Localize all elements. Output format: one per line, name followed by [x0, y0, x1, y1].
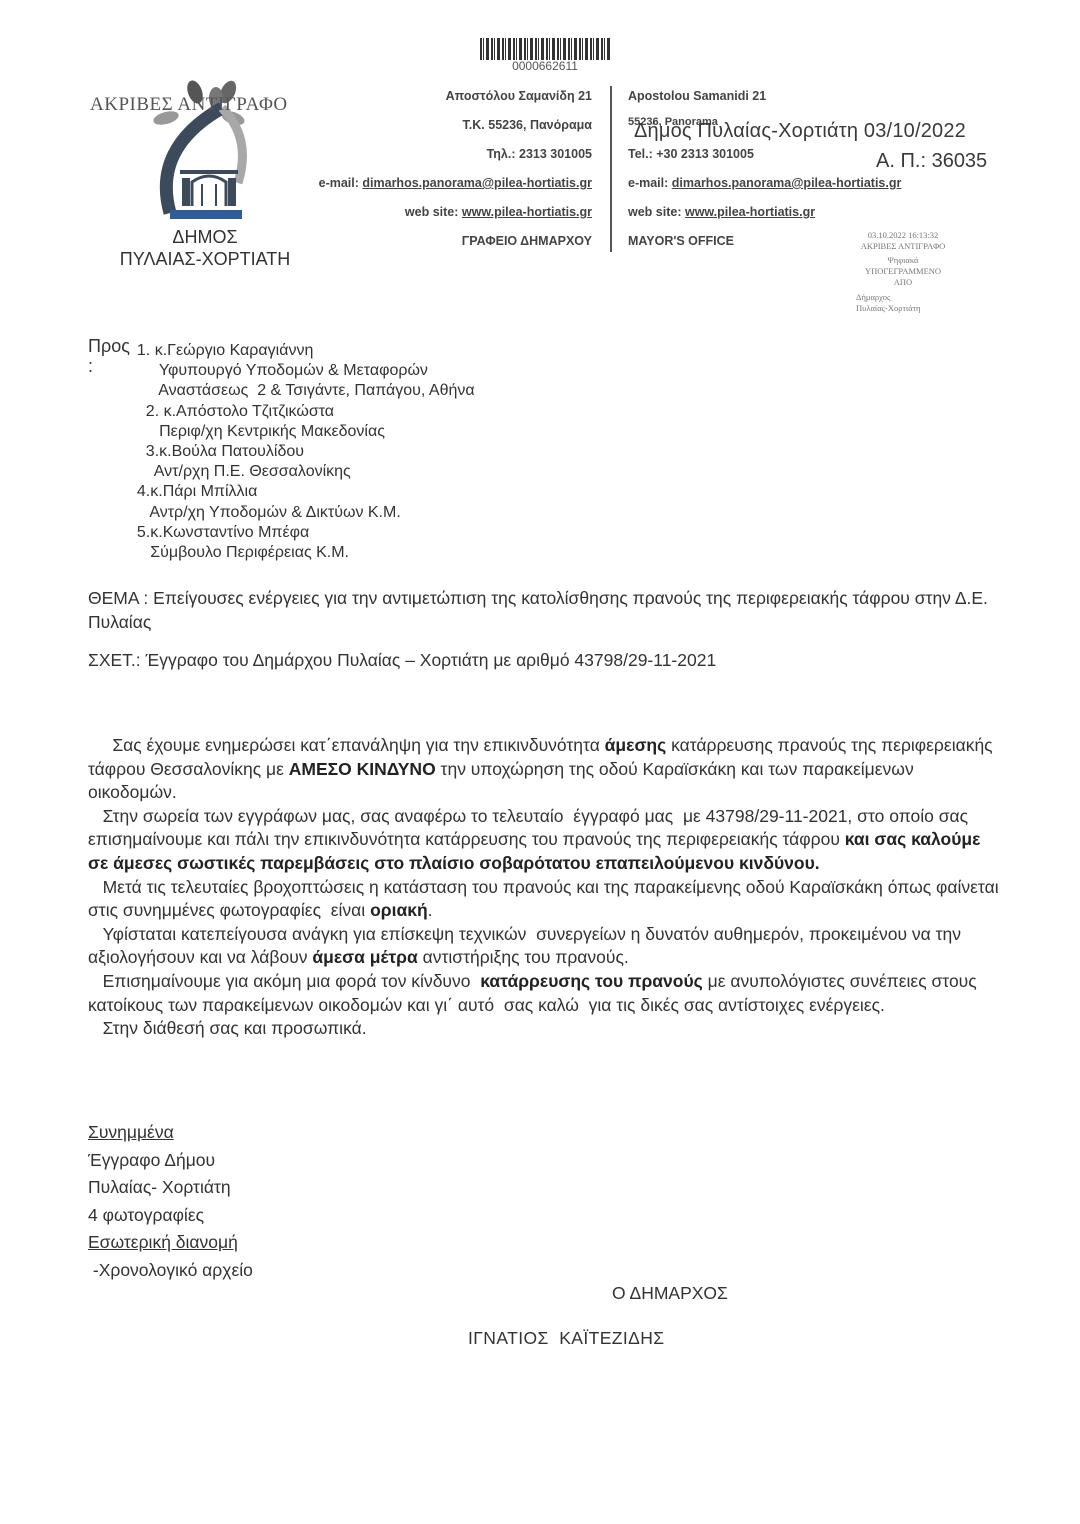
signatory-title: Ο ΔΗΜΑΡΧΟΣ — [612, 1283, 728, 1304]
phone: Tel.: +30 2313 301005 — [628, 144, 901, 173]
header-divider — [610, 86, 612, 252]
street: Αποστόλου Σαμανίδη 21 — [280, 86, 592, 115]
internal-distribution-item: -Χρονολογικό αρχείο — [88, 1257, 253, 1285]
recipient-line: 5.κ.Κωνσταντίνο Μπέφα — [88, 523, 475, 543]
recipient-line: Αναστάσεως 2 & Τσιγάντε, Παπάγου, Αθήνα — [88, 381, 475, 401]
paragraph: Υφίσταται κατεπείγουσα ανάγκη για επίσκε… — [88, 923, 1003, 970]
paragraph: Στην σωρεία των εγγράφων μας, σας αναφέρ… — [88, 805, 1003, 876]
paragraph: Σας έχουμε ενημερώσει κατ΄επανάληψη για … — [88, 734, 1003, 805]
protocol-date: Δήμος Πυλαίας-Χορτιάτη 03/10/2022 — [634, 120, 966, 143]
address-block-greek: Αποστόλου Σαμανίδη 21 Τ.Κ. 55236, Πανόρα… — [280, 86, 592, 260]
digital-signature-stamp: 03.10.2022 16:13:32 ΑΚΡΙΒΕΣ ΑΝΤΙΓΡΑΦΟ Ψη… — [848, 230, 958, 314]
postal-code: Τ.Κ. 55236, Πανόραμα — [280, 115, 592, 144]
website-link[interactable]: www.pilea-hortiatis.gr — [462, 205, 592, 219]
paragraph: Επισημαίνουμε για ακόμη μια φορά τον κίν… — [88, 970, 1003, 1017]
email-link[interactable]: dimarhos.panorama@pilea-hortiatis.gr — [672, 176, 902, 190]
recipient-line: 3.κ.Βούλα Πατουλίδου — [88, 442, 475, 462]
barcode — [480, 38, 610, 60]
exact-copy-stamp: ΑΚΡΙΒΕΣ ΑΝΤΙΓΡΑΦΟ — [90, 94, 288, 116]
recipient-line: Αντρ/χη Υποδομών & Δικτύων Κ.Μ. — [88, 503, 475, 523]
reference-line: ΣΧΕΤ.: Έγγραφο του Δημάρχου Πυλαίας – Χο… — [88, 650, 716, 671]
attachments-block: Συνημμένα Έγγραφο Δήμου Πυλαίας- Χορτιάτ… — [88, 1119, 253, 1284]
recipient-line: 2. κ.Απόστολο Τζιτζικώστα — [88, 402, 475, 422]
recipient-line: 1. κ.Γεώργιο Καραγιάννη — [88, 341, 475, 361]
recipient-line: Σύμβουλο Περιφέρειας Κ.Μ. — [88, 543, 475, 563]
email-link[interactable]: dimarhos.panorama@pilea-hortiatis.gr — [362, 176, 592, 190]
recipient-line: Υφυπουργό Υποδομών & Μεταφορών — [88, 361, 475, 381]
barcode-number: 0000662611 — [480, 59, 610, 73]
attachment-item: Πυλαίας- Χορτιάτη — [88, 1174, 253, 1202]
office-name: ΓΡΑΦΕΙΟ ΔΗΜΑΡΧΟΥ — [280, 231, 592, 260]
signatory-name: ΙΓΝΑΤΙΟΣ ΚΑΪΤΕΖΙΔΗΣ — [468, 1328, 664, 1349]
attachment-item: Έγγραφο Δήμου — [88, 1147, 253, 1175]
recipient-line: Περιφ/χη Κεντρικής Μακεδονίας — [88, 422, 475, 442]
paragraph: Στην διάθεσή σας και προσωπικά. — [88, 1017, 1003, 1041]
attachments-title: Συνημμένα — [88, 1119, 253, 1147]
website-link[interactable]: www.pilea-hortiatis.gr — [685, 205, 815, 219]
street: Apostolou Samanidi 21 — [628, 86, 901, 115]
recipient-line: 4.κ.Πάρι Μπίλλια — [88, 482, 475, 502]
protocol-number: Α. Π.: 36035 — [876, 150, 987, 173]
letter-body: Σας έχουμε ενημερώσει κατ΄επανάληψη για … — [88, 734, 1003, 1041]
recipients-list: 1. κ.Γεώργιο Καραγιάννη Υφυπουργό Υποδομ… — [88, 341, 475, 563]
attachment-item: 4 φωτογραφίες — [88, 1202, 253, 1230]
recipient-line: Αντ/ρχη Π.Ε. Θεσσαλονίκης — [88, 462, 475, 482]
subject-line: ΘΕΜΑ : Επείγουσες ενέργειες για την αντι… — [88, 586, 1018, 634]
phone: Τηλ.: 2313 301005 — [280, 144, 592, 173]
paragraph: Μετά τις τελευταίες βροχοπτώσεις η κατάσ… — [88, 876, 1003, 923]
internal-distribution-title: Εσωτερική διανομή — [88, 1229, 253, 1257]
